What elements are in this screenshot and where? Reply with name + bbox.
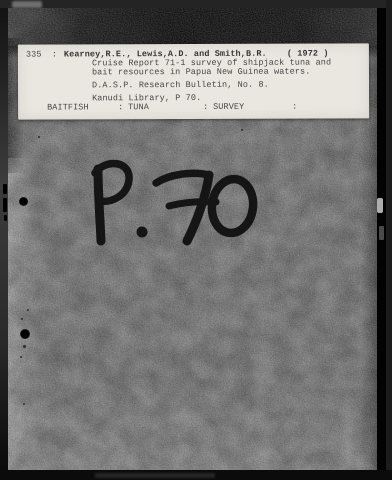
record-number: 335 — [26, 51, 42, 60]
separator-colon: : — [292, 102, 297, 111]
punch-hole — [19, 197, 28, 206]
index-card: 335 : Kearney,R.E., Lewis,A.D. and Smith… — [18, 43, 369, 119]
ink-speck — [21, 318, 23, 320]
scan-artifact — [379, 226, 384, 240]
ink-speck — [27, 309, 29, 311]
scan-artifact — [3, 198, 7, 212]
punch-hole — [20, 329, 30, 339]
scan-artifact — [95, 473, 215, 478]
keyword-baitfish: BAITFISH — [47, 103, 89, 112]
ink-speck — [38, 136, 40, 138]
keyword-survey: SURVEY — [213, 102, 244, 111]
ink-speck — [23, 345, 26, 348]
scanned-page: 335 : Kearney,R.E., Lewis,A.D. and Smith… — [0, 0, 392, 480]
scan-artifact — [377, 198, 383, 213]
ink-speck — [241, 129, 243, 131]
separator-colon: : — [118, 103, 123, 112]
page-bottom-highlight — [8, 388, 377, 470]
separator-colon: : — [52, 50, 57, 59]
keyword-tuna: TUNA — [128, 103, 149, 112]
scan-artifact — [4, 215, 7, 221]
catalog-page: 335 : Kearney,R.E., Lewis,A.D. and Smith… — [8, 8, 377, 470]
ink-speck — [20, 356, 22, 358]
scan-frame-right-outer — [386, 0, 392, 480]
ink-speck — [23, 403, 25, 405]
scan-artifact — [12, 1, 42, 8]
scan-frame-top — [0, 0, 392, 8]
scan-artifact — [3, 184, 7, 194]
page-shadow-band — [8, 8, 377, 46]
separator-colon: : — [203, 102, 208, 111]
scan-frame-left — [0, 8, 8, 470]
source-citation: D.A.S.P. Research Bulletin, No. 8. — [92, 81, 269, 90]
title-line-2: bait resources in Papua New Guinea water… — [92, 67, 310, 76]
